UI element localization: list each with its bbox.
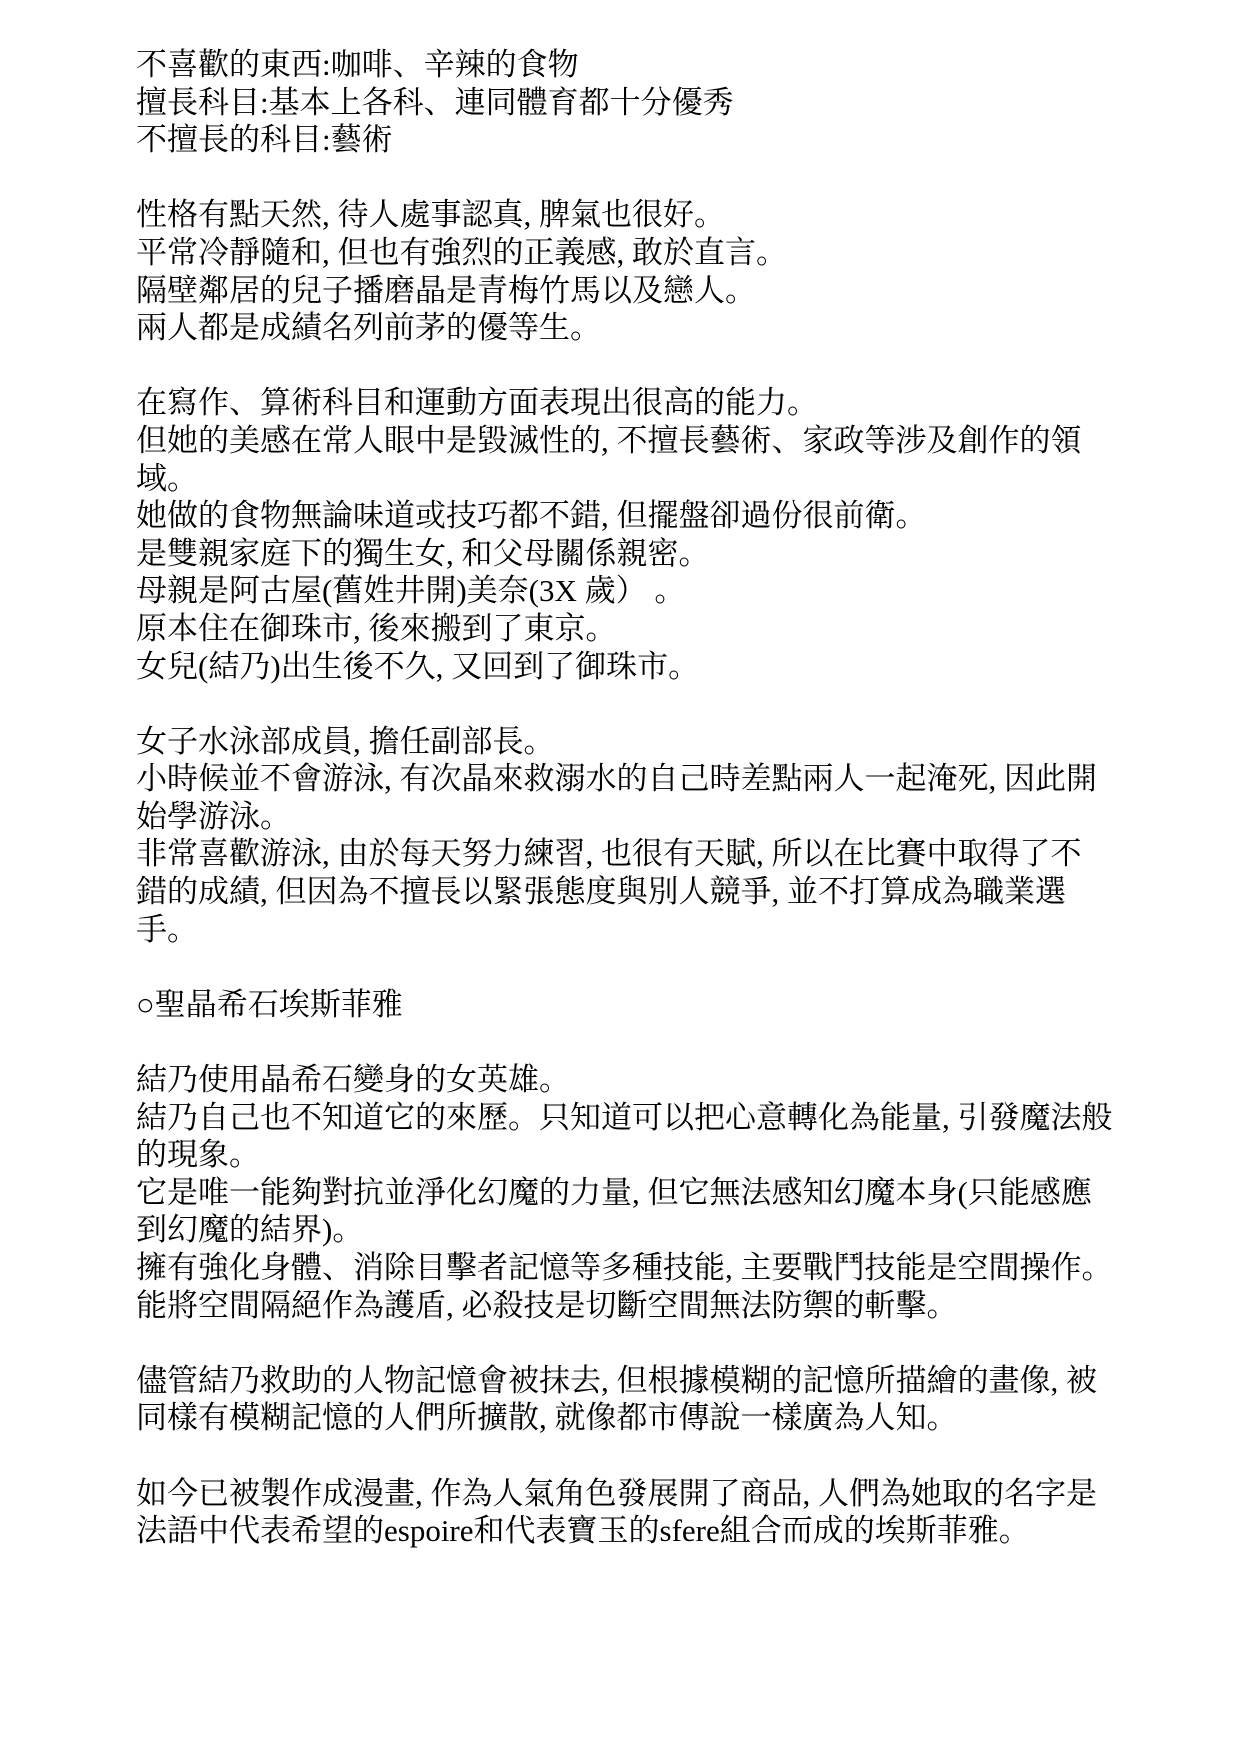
text-line: 擅長科目:基本上各科、連同體育都十分優秀 bbox=[136, 84, 1142, 122]
text-line: 同樣有模糊記憶的人們所擴散, 就像都市傳說一樣廣為人知。 bbox=[136, 1399, 1142, 1437]
text-line: 手。 bbox=[136, 911, 1142, 949]
text-line: 女兒(結乃)出生後不久, 又回到了御珠市。 bbox=[136, 648, 1142, 686]
paragraph: 儘管結乃救助的人物記憶會被抹去, 但根據模糊的記憶所描繪的畫像, 被同樣有模糊記… bbox=[136, 1362, 1142, 1437]
text-line: 性格有點天然, 待人處事認真, 脾氣也很好。 bbox=[136, 196, 1142, 234]
text-line: 結乃自己也不知道它的來歷。只知道可以把心意轉化為能量, 引發魔法般 bbox=[136, 1099, 1142, 1137]
text-line: 在寫作、算術科目和運動方面表現出很高的能力。 bbox=[136, 384, 1142, 422]
text-line: 域。 bbox=[136, 460, 1142, 498]
text-line: 儘管結乃救助的人物記憶會被抹去, 但根據模糊的記憶所描繪的畫像, 被 bbox=[136, 1362, 1142, 1400]
paragraph: 不喜歡的東西:咖啡、辛辣的食物擅長科目:基本上各科、連同體育都十分優秀不擅長的科… bbox=[136, 46, 1142, 159]
text-line: 非常喜歡游泳, 由於每天努力練習, 也很有天賦, 所以在比賽中取得了不 bbox=[136, 835, 1142, 873]
text-line: 是雙親家庭下的獨生女, 和父母關係親密。 bbox=[136, 535, 1142, 573]
text-line: 到幻魔的結界)。 bbox=[136, 1211, 1142, 1249]
text-line: 平常冷靜隨和, 但也有強烈的正義感, 敢於直言。 bbox=[136, 234, 1142, 272]
text-line: 她做的食物無論味道或技巧都不錯, 但擺盤卻過份很前衛。 bbox=[136, 497, 1142, 535]
text-line: 錯的成績, 但因為不擅長以緊張態度與別人競爭, 並不打算成為職業選 bbox=[136, 873, 1142, 911]
text-line: 的現象。 bbox=[136, 1136, 1142, 1174]
text-line: 母親是阿古屋(舊姓井開)美奈(3X 歲） 。 bbox=[136, 572, 1142, 610]
text-line: 不喜歡的東西:咖啡、辛辣的食物 bbox=[136, 46, 1142, 84]
document-text: 不喜歡的東西:咖啡、辛辣的食物擅長科目:基本上各科、連同體育都十分優秀不擅長的科… bbox=[136, 46, 1142, 1550]
text-line: 兩人都是成績名列前茅的優等生。 bbox=[136, 309, 1142, 347]
text-line: 擁有強化身體、消除目擊者記憶等多種技能, 主要戰鬥技能是空間操作。 bbox=[136, 1249, 1142, 1287]
text-line: 不擅長的科目:藝術 bbox=[136, 121, 1142, 159]
text-line: 但她的美感在常人眼中是毀滅性的, 不擅長藝術、家政等涉及創作的領 bbox=[136, 422, 1142, 460]
document-page: 不喜歡的東西:咖啡、辛辣的食物擅長科目:基本上各科、連同體育都十分優秀不擅長的科… bbox=[0, 0, 1242, 1755]
section-heading: ○聖晶希石埃斯菲雅 bbox=[136, 986, 1142, 1024]
paragraph: 結乃使用晶希石變身的女英雄。結乃自己也不知道它的來歷。只知道可以把心意轉化為能量… bbox=[136, 1061, 1142, 1324]
text-line: 結乃使用晶希石變身的女英雄。 bbox=[136, 1061, 1142, 1099]
text-line: 始學游泳。 bbox=[136, 798, 1142, 836]
text-line: 如今已被製作成漫畫, 作為人氣角色發展開了商品, 人們為她取的名字是 bbox=[136, 1475, 1142, 1513]
text-line: 女子水泳部成員, 擔任副部長。 bbox=[136, 723, 1142, 761]
paragraph: 性格有點天然, 待人處事認真, 脾氣也很好。平常冷靜隨和, 但也有強烈的正義感,… bbox=[136, 196, 1142, 346]
paragraph: 如今已被製作成漫畫, 作為人氣角色發展開了商品, 人們為她取的名字是法語中代表希… bbox=[136, 1475, 1142, 1550]
text-line: 法語中代表希望的espoire和代表寶玉的sfere組合而成的埃斯菲雅。 bbox=[136, 1512, 1142, 1550]
text-line: 隔壁鄰居的兒子播磨晶是青梅竹馬以及戀人。 bbox=[136, 272, 1142, 310]
paragraph: 女子水泳部成員, 擔任副部長。小時候並不會游泳, 有次晶來救溺水的自己時差點兩人… bbox=[136, 723, 1142, 949]
text-line: 小時候並不會游泳, 有次晶來救溺水的自己時差點兩人一起淹死, 因此開 bbox=[136, 760, 1142, 798]
text-line: 它是唯一能夠對抗並淨化幻魔的力量, 但它無法感知幻魔本身(只能感應 bbox=[136, 1174, 1142, 1212]
paragraph: 在寫作、算術科目和運動方面表現出很高的能力。但她的美感在常人眼中是毀滅性的, 不… bbox=[136, 384, 1142, 685]
text-line: 能將空間隔絕作為護盾, 必殺技是切斷空間無法防禦的斬擊。 bbox=[136, 1287, 1142, 1325]
text-line: ○聖晶希石埃斯菲雅 bbox=[136, 986, 1142, 1024]
text-line: 原本住在御珠市, 後來搬到了東京。 bbox=[136, 610, 1142, 648]
